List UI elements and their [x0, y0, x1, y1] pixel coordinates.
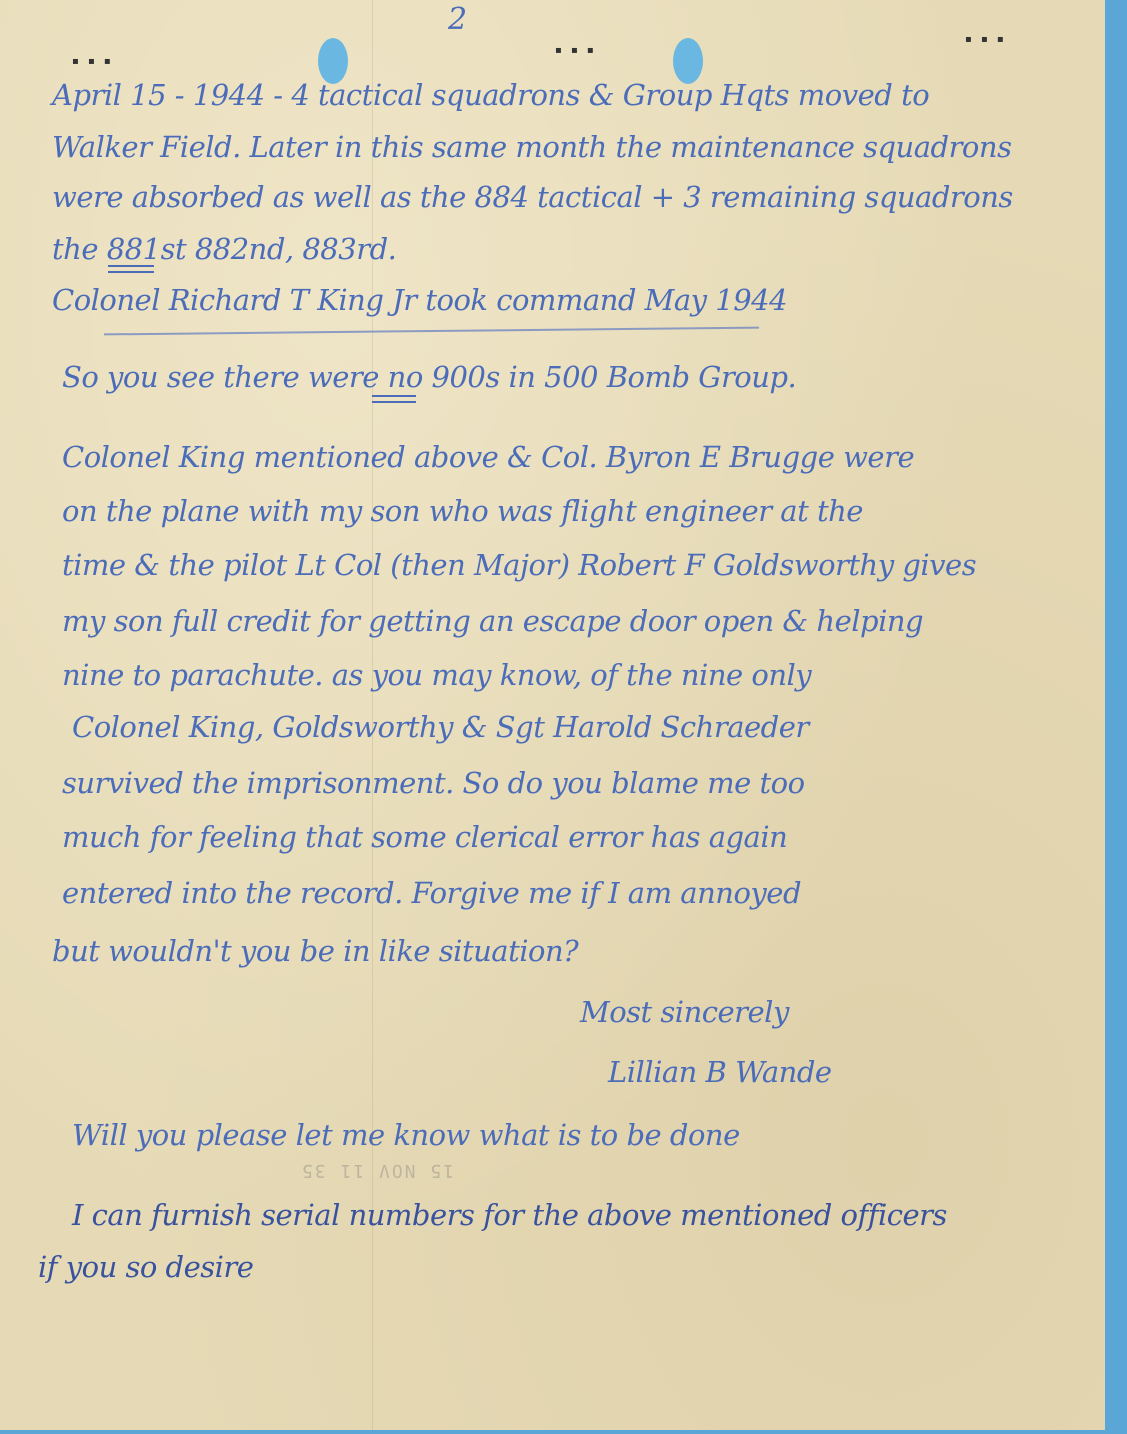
- letter-line: the 881st 882nd, 883rd.: [52, 232, 396, 266]
- letter-line: Colonel King mentioned above & Col. Byro…: [62, 440, 914, 474]
- letter-line: nine to parachute. as you may know, of t…: [62, 658, 811, 692]
- letter-line: Colonel King, Goldsworthy & Sgt Harold S…: [72, 710, 809, 744]
- letter-line: but wouldn't you be in like situation?: [52, 934, 578, 968]
- letter-line: much for feeling that some clerical erro…: [62, 820, 787, 854]
- postscript-line: I can furnish serial numbers for the abo…: [72, 1198, 947, 1232]
- letter-line: were absorbed as well as the 884 tactica…: [52, 180, 1013, 214]
- letter-line: my son full credit for getting an escape…: [62, 604, 923, 638]
- received-stamp: 15 NOV 11 35: [300, 1160, 454, 1181]
- closing: Most sincerely: [580, 995, 789, 1029]
- signature: Lillian B Wande: [608, 1055, 832, 1089]
- staple-marks: ▪ ▪ ▪: [965, 34, 1007, 45]
- letter-line: So you see there were no 900s in 500 Bom…: [62, 360, 796, 394]
- letter-line: entered into the record. Forgive me if I…: [62, 876, 801, 910]
- letter-line: April 15 - 1944 - 4 tactical squadrons &…: [52, 78, 929, 112]
- underline: [104, 327, 759, 336]
- postscript-line: Will you please let me know what is to b…: [72, 1118, 740, 1152]
- page-number: 2: [448, 2, 467, 37]
- letter-line: Colonel Richard T King Jr took command M…: [52, 283, 787, 317]
- staple-marks: ▪ ▪ ▪: [555, 45, 597, 56]
- staple-marks: ▪ ▪ ▪: [72, 56, 114, 67]
- letter-line: on the plane with my son who was flight …: [62, 494, 863, 528]
- postscript-line: if you so desire: [38, 1250, 253, 1284]
- letter-line: time & the pilot Lt Col (then Major) Rob…: [62, 548, 976, 582]
- letter-page: ▪ ▪ ▪ ▪ ▪ ▪ ▪ ▪ ▪ 2 April 15 - 1944 - 4 …: [0, 0, 1105, 1430]
- letter-line: Walker Field. Later in this same month t…: [52, 130, 1011, 164]
- double-underline: [372, 395, 416, 403]
- letter-line: survived the imprisonment. So do you bla…: [62, 766, 805, 800]
- double-underline: [108, 265, 154, 273]
